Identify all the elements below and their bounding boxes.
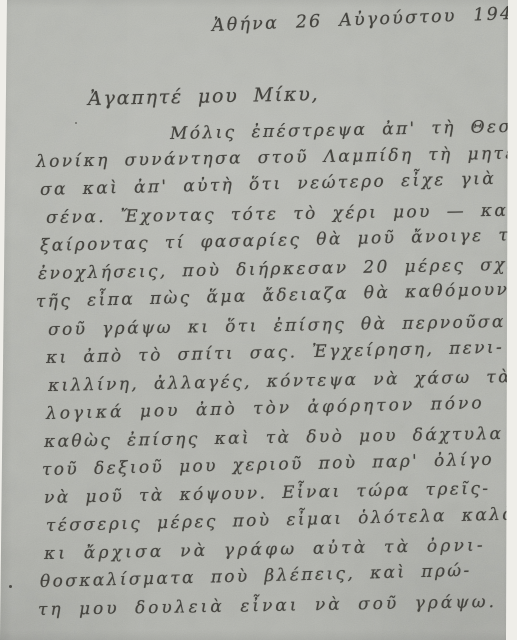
letter-paper-sheet: Ἀθήνα 26 Αὐγούστου 1947. Ἀγαπητέ μου Μίκ…	[0, 0, 517, 640]
letter-body-line: σα καὶ ἀπ' αὐτὴ ὅτι νεώτερο εἶχε γιὰ	[40, 171, 497, 199]
letter-body-line: κι ἄρχισα νὰ γράφω αὐτὰ τὰ ὀρνι-	[44, 538, 486, 563]
letter-body-line: λογικά μου ἀπὸ τὸν ἀφόρητον πόνο	[46, 395, 485, 423]
letter-salutation: Ἀγαπητέ μου Μίκυ,	[88, 85, 320, 109]
letter-date: Ἀθήνα 26 Αὐγούστου 1947.	[212, 5, 517, 35]
letter-body-line: Μόλις ἐπέστρεψα ἀπ' τὴ Θεσσα	[170, 118, 517, 143]
scanned-letter-photo: Ἀθήνα 26 Αὐγούστου 1947. Ἀγαπητέ μου Μίκ…	[0, 0, 517, 640]
letter-body-line: τοῦ δεξιοῦ μου χεριοῦ ποὺ παρ' ὀλίγο	[42, 452, 494, 479]
letter-body-line: λονίκη συνάντησα στοῦ Λαμπίδη τὴ μητέρα	[36, 145, 517, 171]
letter-body-line: κιλλίνη, ἀλλαγές, κόντεψα νὰ χάσω τὰ	[48, 369, 512, 395]
letter-body-line: κι ἀπὸ τὸ σπίτι σας. Ἐγχείρηση, πενι-	[46, 340, 505, 367]
letter-body-line: τῆς εἶπα πὼς ἅμα ἄδειαζα θὰ καθόμουνα νὰ	[36, 280, 517, 311]
ink-speck	[75, 122, 77, 124]
letter-body-line: σένα. Ἔχοντας τότε τὸ χέρι μου — καὶ μὴ	[46, 202, 517, 227]
letter-body-line: τη μου δουλειὰ εἶναι νὰ σοῦ γράψω.	[38, 594, 497, 619]
letter-body-line: θοσκαλίσματα ποὺ βλέπεις, καὶ πρώ-	[40, 563, 472, 591]
letter-body-line: νὰ μοῦ τὰ κόψουν. Εἶναι τώρα τρεῖς-	[44, 481, 491, 507]
letter-body-line: σοῦ γράψω κι ὅτι ἐπίσης θὰ περνοῦσα	[48, 314, 506, 339]
letter-body-line: καθὼς ἐπίσης καὶ τὰ δυὸ μου δάχτυλα	[44, 426, 504, 451]
letter-body-line: ἐνοχλήσεις, ποὺ διήρκεσαν 20 μέρες σχεδό…	[38, 255, 517, 283]
ink-speck	[9, 585, 12, 588]
letter-body-line: ξαίροντας τί φασαρίες θὰ μοῦ ἄνοιγε τὶς	[40, 227, 517, 255]
letter-body-line: τέσσερις μέρες ποὺ εἶμαι ὁλότελα καλὰ	[46, 507, 517, 535]
